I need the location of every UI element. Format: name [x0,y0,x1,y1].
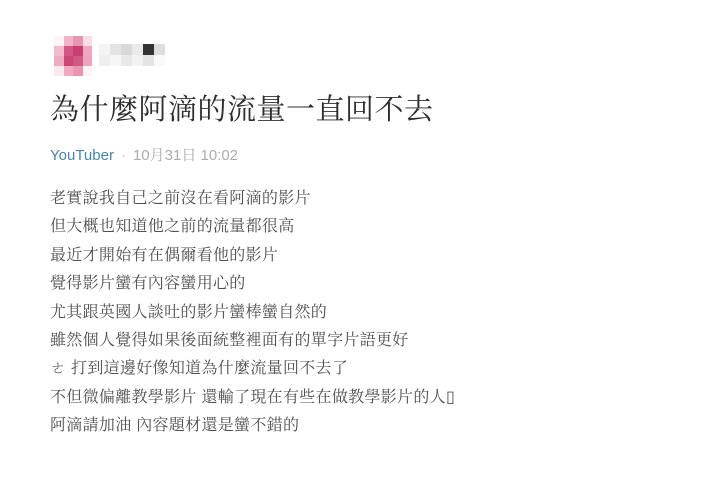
post-body-line: 尤其跟英國人談吐的影片蠻棒蠻自然的 [50,299,683,327]
post-body-line: ㄜ 打到這邊好像知道為什麼流量回不去了 [50,355,683,383]
post-body-line: 雖然個人覺得如果後面統整裡面有的單字片語更好 [50,327,683,355]
censored-author-name [99,44,165,66]
post-title: 為什麼阿滴的流量一直回不去 [50,90,683,130]
post-body-line: 但大概也知道他之前的流量都很高 [50,213,683,241]
author-row [50,37,683,75]
post-body-line: 覺得影片蠻有內容蠻用心的 [50,270,683,298]
post-body-line: 不但微偏離教學影片 還輸了現在有些在做教學影片的人▯ [50,384,683,412]
post-body-line: 阿滴請加油 內容題材還是蠻不錯的 [50,412,683,440]
post-page: 為什麼阿滴的流量一直回不去 YouTuber · 10月31日 10:02 老實… [0,0,723,477]
post-body-line: 老實說我自己之前沒在看阿滴的影片 [50,185,683,213]
post-timestamp: 10月31日 10:02 [133,146,238,166]
post-body-line: 最近才開始有在偶爾看他的影片 [50,242,683,270]
post-body: 老實說我自己之前沒在看阿滴的影片但大概也知道他之前的流量都很高最近才開始有在偶爾… [50,185,683,441]
censored-author-avatar [54,36,92,76]
post-meta: YouTuber · 10月31日 10:02 [50,146,683,166]
board-link[interactable]: YouTuber [50,146,114,166]
meta-separator: · [121,146,126,166]
